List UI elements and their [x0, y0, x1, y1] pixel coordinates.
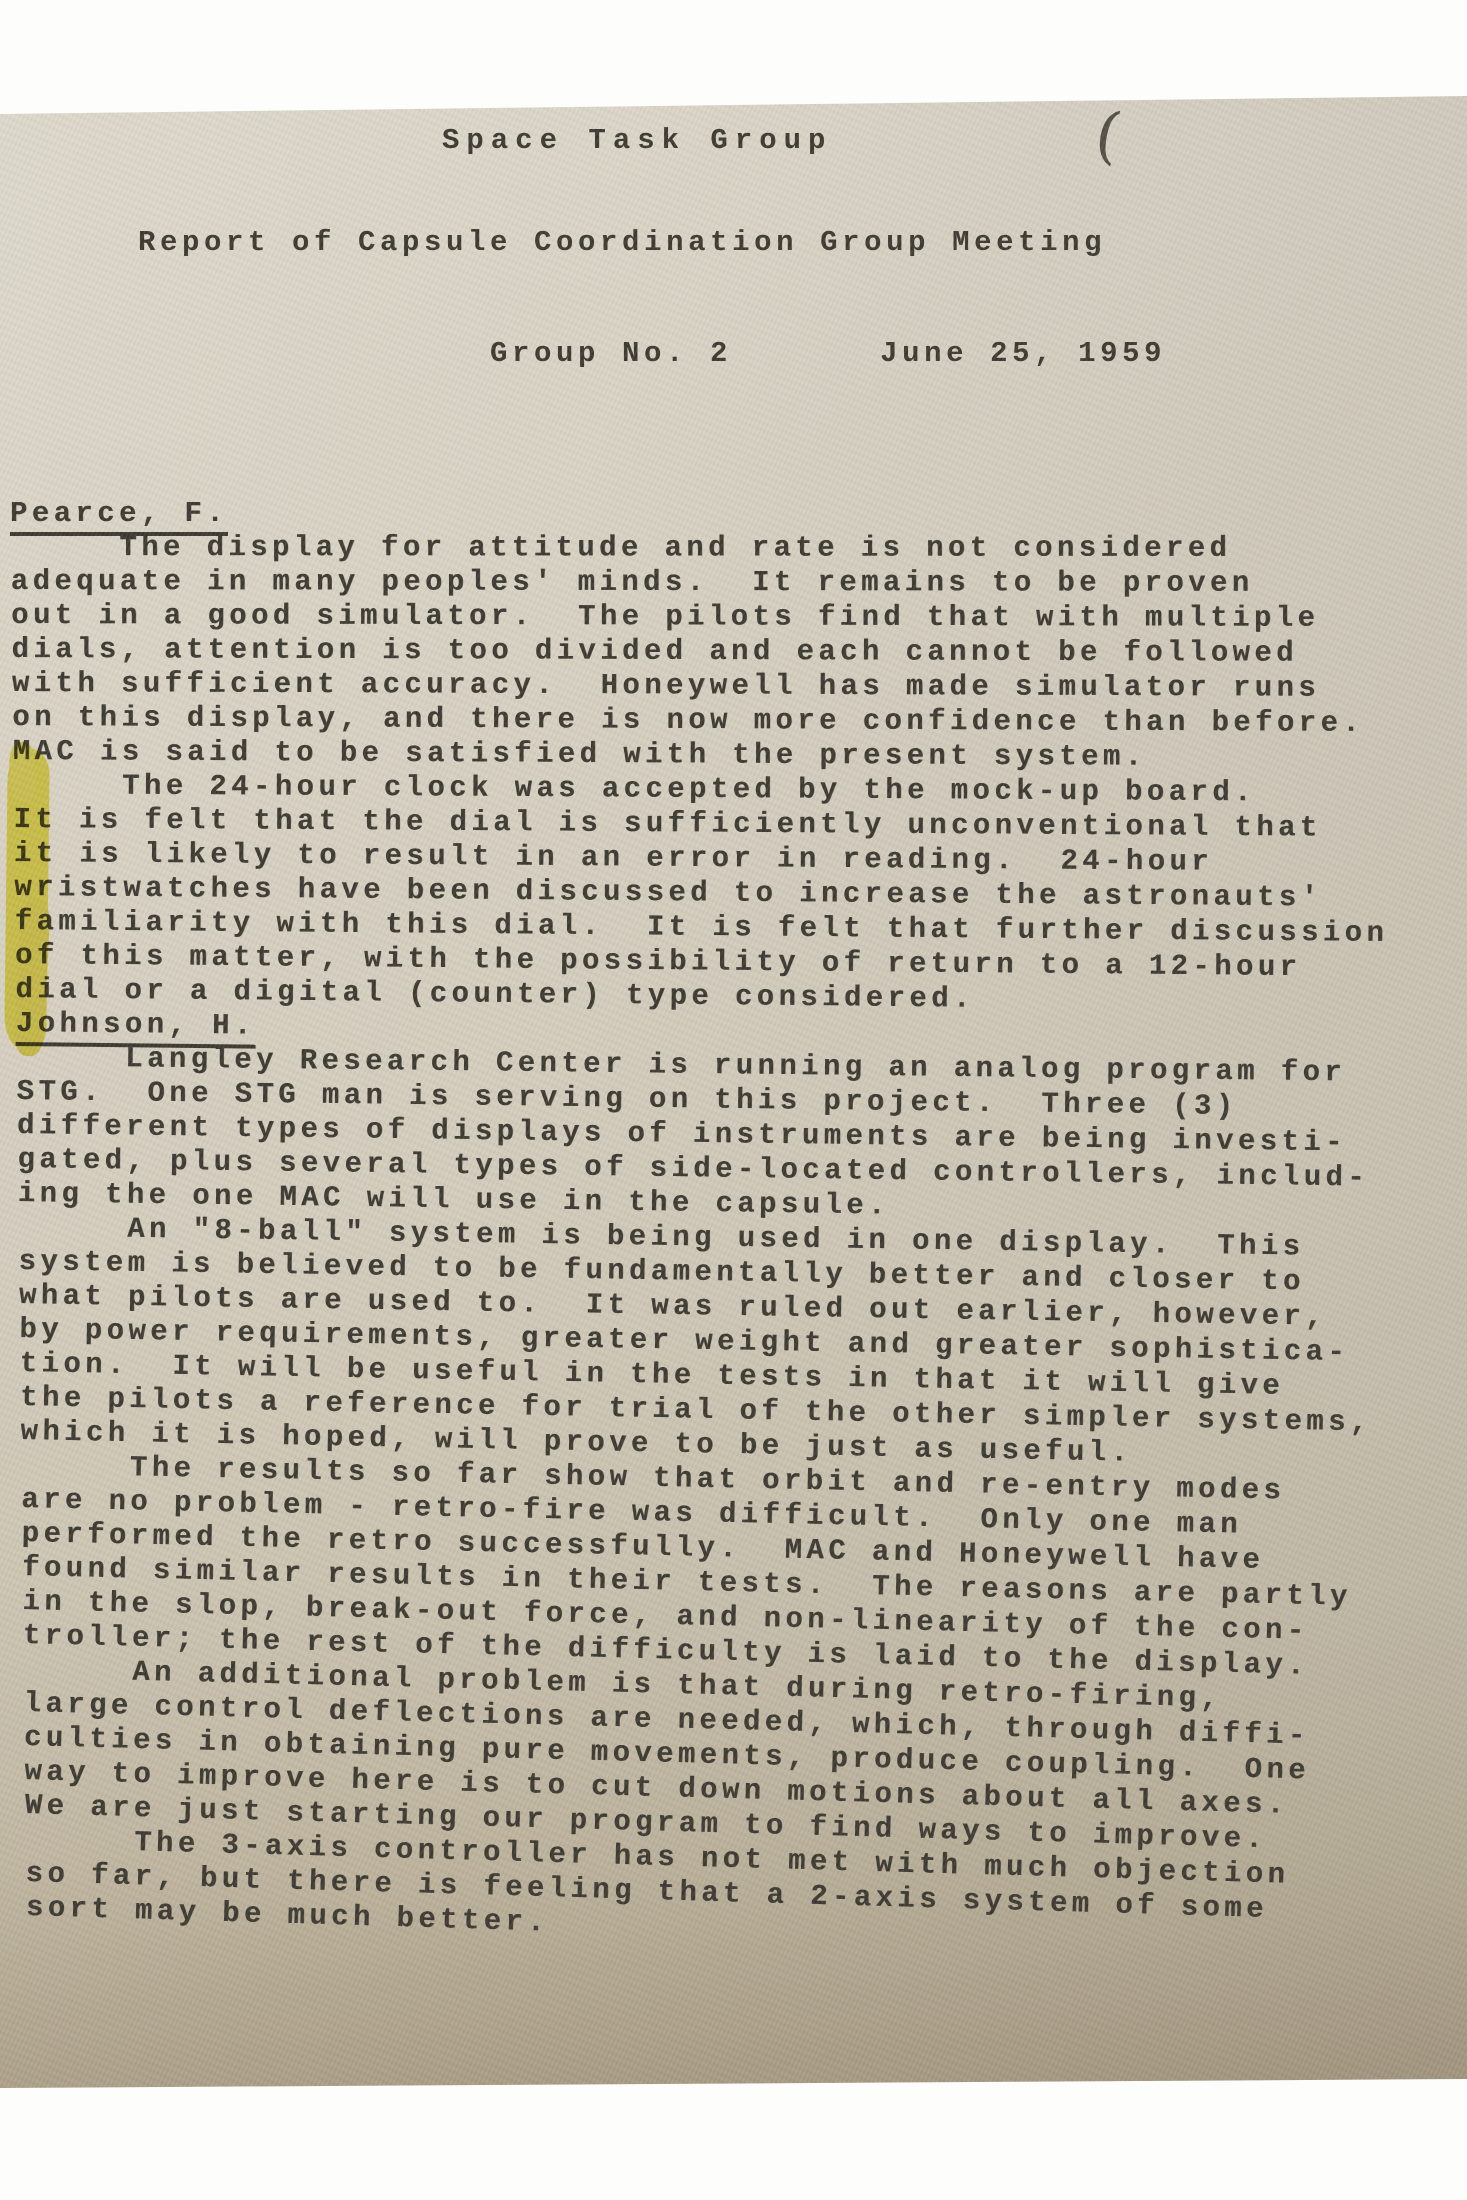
group-date-line: Group No. 2June 25, 1959	[314, 303, 1166, 405]
yellow-highlighter-mark	[4, 748, 50, 1050]
group-number: Group No. 2	[490, 337, 732, 370]
speaker-heading: Pearce, F.	[10, 497, 1467, 531]
text-line: dials, attention is too divided and each…	[12, 633, 1467, 671]
meeting-date: June 25, 1959	[880, 337, 1166, 370]
scanned-photo-background: Space Task Group ( Report of Capsule Coo…	[0, 0, 1467, 2200]
handwritten-paren-mark: (	[1091, 102, 1126, 167]
report-title: Report of Capsule Coordination Group Mee…	[138, 226, 1106, 260]
text-line: out in a good simulator. The pilots find…	[11, 599, 1467, 636]
text-line: with sufficient accuracy. Honeywell has …	[12, 667, 1467, 706]
document-body: Pearce, F. The display for attitude and …	[10, 497, 1467, 1925]
org-title: Space Task Group	[442, 124, 832, 158]
text-line: adequate in many peoples' minds. It rema…	[11, 565, 1467, 601]
text-line: The display for attitude and rate is not…	[10, 531, 1467, 566]
document-page: Space Task Group ( Report of Capsule Coo…	[0, 0, 1467, 2200]
